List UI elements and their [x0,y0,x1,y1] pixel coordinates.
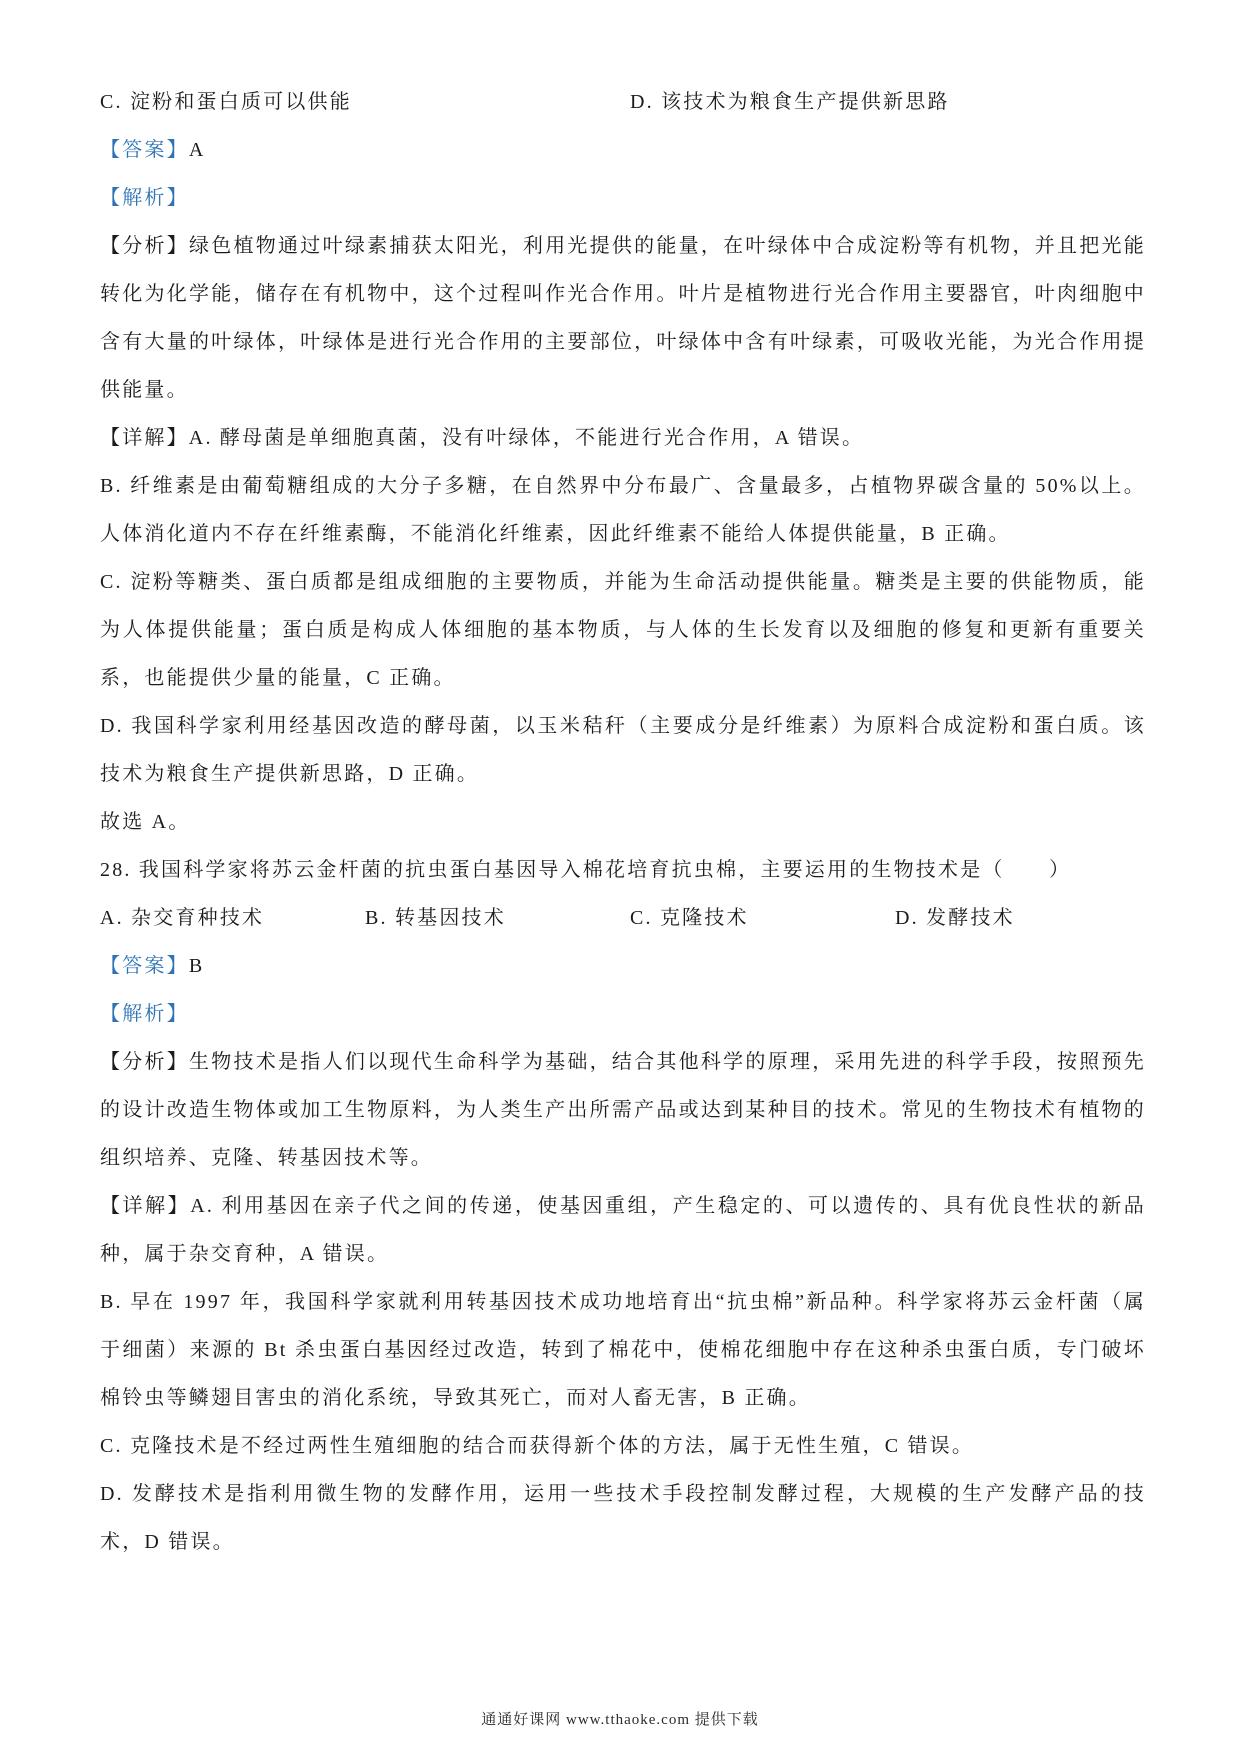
q27-detail-b: B. 纤维素是由葡萄糖组成的大分子多糖，在自然界中分布最广、含量最多，占植物界碳… [100,462,1146,558]
q27-options-row: C. 淀粉和蛋白质可以供能 D. 该技术为粮食生产提供新思路 [100,78,1146,126]
q27-detail-d: D. 我国科学家利用经基因改造的酵母菌，以玉米秸秆（主要成分是纤维素）为原料合成… [100,702,1146,798]
q28-detail-a: 【详解】A. 利用基因在亲子代之间的传递，使基因重组，产生稳定的、可以遗传的、具… [100,1182,1146,1278]
q28-options-row: A. 杂交育种技术 B. 转基因技术 C. 克隆技术 D. 发酵技术 [100,894,1146,942]
q27-option-c: C. 淀粉和蛋白质可以供能 [100,78,352,126]
q27-conclusion: 故选 A。 [100,798,1146,846]
q28-analysis-label: 【解析】 [100,1003,189,1025]
q28-answer-label: 【答案】 [100,955,189,977]
q27-option-d: D. 该技术为粮食生产提供新思路 [630,78,950,126]
q28-analysis-label-line: 【解析】 [100,990,1146,1038]
q28-stem: 28. 我国科学家将苏云金杆菌的抗虫蛋白基因导入棉花培育抗虫棉，主要运用的生物技… [100,846,1146,894]
q27-answer-line: 【答案】A [100,126,1146,174]
q28-detail-b: B. 早在 1997 年，我国科学家就利用转基因技术成功地培育出“抗虫棉”新品种… [100,1278,1146,1422]
q28-detail-c: C. 克隆技术是不经过两性生殖细胞的结合而获得新个体的方法，属于无性生殖，C 错… [100,1422,1146,1470]
q27-answer-label: 【答案】 [100,139,189,161]
q28-analysis-paragraph: 【分析】生物技术是指人们以现代生命科学为基础，结合其他科学的原理，采用先进的科学… [100,1038,1146,1182]
q28-detail-d: D. 发酵技术是指利用微生物的发酵作用，运用一些技术手段控制发酵过程，大规模的生… [100,1470,1146,1566]
q28-option-a: A. 杂交育种技术 [100,894,264,942]
q28-option-c: C. 克隆技术 [630,894,749,942]
document-page: C. 淀粉和蛋白质可以供能 D. 该技术为粮食生产提供新思路 【答案】A 【解析… [0,0,1240,1754]
q27-analysis-label: 【解析】 [100,187,189,209]
page-footer: 通通好课网 www.tthaoke.com 提供下载 [0,1708,1240,1729]
q27-answer-value: A [189,139,206,161]
q27-detail-a: 【详解】A. 酵母菌是单细胞真菌，没有叶绿体，不能进行光合作用，A 错误。 [100,414,1146,462]
q28-answer-value: B [189,955,205,977]
q28-option-d: D. 发酵技术 [895,894,1015,942]
q28-answer-line: 【答案】B [100,942,1146,990]
q27-detail-c: C. 淀粉等糖类、蛋白质都是组成细胞的主要物质，并能为生命活动提供能量。糖类是主… [100,558,1146,702]
footer-text: 通通好课网 www.tthaoke.com 提供下载 [481,1712,759,1728]
document-content: C. 淀粉和蛋白质可以供能 D. 该技术为粮食生产提供新思路 【答案】A 【解析… [100,78,1146,1566]
q27-analysis-label-line: 【解析】 [100,174,1146,222]
q27-analysis-paragraph: 【分析】绿色植物通过叶绿素捕获太阳光，利用光提供的能量，在叶绿体中合成淀粉等有机… [100,222,1146,414]
q28-option-b: B. 转基因技术 [365,894,506,942]
